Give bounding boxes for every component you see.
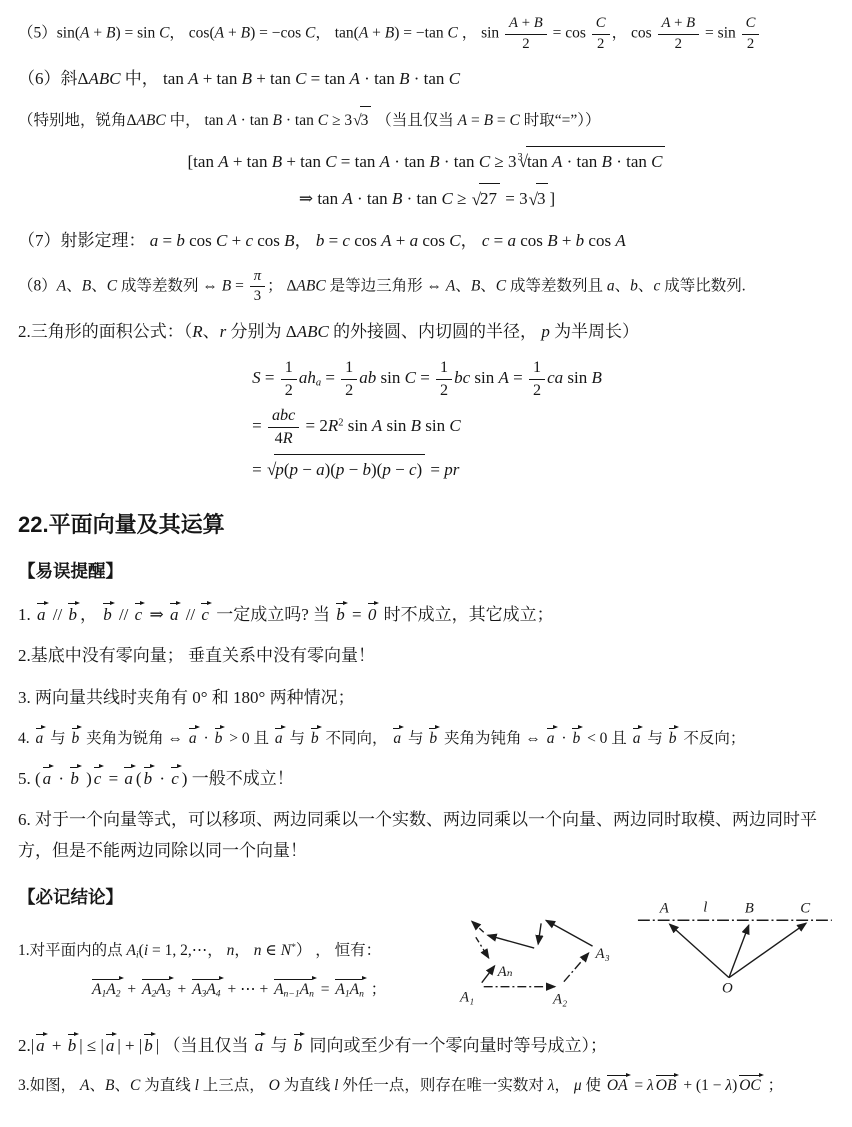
warning-3: 3. 两向量共线时夹角有 0° 和 180° 两种情况； [18,683,836,714]
collinear-label-O: O [722,980,733,996]
warning-5: 5. (a · b )c = a(b · c) 一般不成立！ [18,764,836,795]
vector-polygon-figure: A₁ A₂ A₃ Aₙ [458,892,628,1020]
area-formula-s2: = abc4R = 2R2 sin A sin B sin C [252,406,602,448]
warning-4: 4. a 与 b 夹角为锐角 ⇔ a · b > 0 且 a 与 b 不同向， … [18,725,836,753]
conclusions-row: 1.对平面内的点 Ai(i = 1, 2,⋯， n， n ∈ N*） ， 恒有：… [18,926,836,1020]
warning-2: 2.基底中没有零向量； 垂直关系中没有零向量！ [18,641,836,672]
area-formula-s1: S = 12aha = 12ab sin C = 12bc sin A = 12… [252,358,602,400]
document-body: （5）sin(A + B) = sin C， cos(A + B) = −cos… [18,15,836,914]
conclusion-2: 2.|a + b| ≤ |a| + |b| （当且仅当 a 与 b 同向或至少有… [18,1031,836,1062]
polygon-label-an: Aₙ [497,964,513,980]
conclusion-1: 1.对平面内的点 Ai(i = 1, 2,⋯， n， n ∈ N*） ， 恒有： [18,937,458,965]
collinear-label-C: C [800,900,811,916]
area-formula-block: S = 12aha = 12ab sin C = 12bc sin A = 12… [252,358,602,485]
trig-item-6-note: （特别地，锐角ΔABC 中， tan A · tan B · tan C ≥ 3… [18,106,836,135]
conclusion-1-column: 1.对平面内的点 Ai(i = 1, 2,⋯， n， n ∈ N*） ， 恒有：… [18,926,458,1015]
collinear-label-B: B [745,900,754,916]
trig-item-5: （5）sin(A + B) = sin C， cos(A + B) = −cos… [18,15,836,53]
warning-6: 6. 对于一个向量等式，可以移项、两边同乘以一个实数、两边同乘以一个向量、两边同… [18,805,836,866]
polygon-label-a3: A₃ [595,946,610,962]
subhead-warnings: 【易误提醒】 [18,556,836,588]
document-page: （5）sin(A + B) = sin C， cos(A + B) = −cos… [0,0,852,1100]
area-formula-s3: = √p(p − a)(p − b)(p − c) = pr [252,454,602,486]
collinear-label-A: A [659,900,670,916]
trig-item-6: （6）斜ΔABC 中， tan A + tan B + tan C = tan … [18,64,836,95]
polygon-label-a2: A₂ [552,991,567,1007]
trig-bracket-line-2: ⇒ tan A · tan B · tan C ≥ √27 = 3√3] [18,183,836,215]
conclusion-3: 3.如图， A、B、C 为直线 l 上三点， O 为直线 l 外任一点，则存在唯… [18,1072,836,1100]
document-tail: 2.|a + b| ≤ |a| + |b| （当且仅当 a 与 b 同向或至少有… [18,1031,836,1100]
warning-1: 1. a // b， b // c ⇒ a // c 一定成立吗? 当 b = … [18,600,836,631]
figures-column: A₁ A₂ A₃ Aₙ A l B [458,892,836,1020]
conclusion-1-formula: A1A2 + A2A3 + A3A4 + ⋯ + An−1An = A1An ； [90,976,458,1004]
trig-bracket-line-1: [tan A + tan B + tan C = tan A · tan B ·… [18,146,836,178]
collinear-points-figure: A l B C O [632,892,836,996]
trig-item-7: （7）射影定理： a = b cos C + c cos B， b = c co… [18,226,836,257]
section-heading: 22.平面向量及其运算 [18,510,836,541]
collinear-label-l: l [703,899,707,915]
polygon-label-a1: A₁ [459,989,474,1005]
trig-item-8: （8）A、B、C 成等差数列 ⇔ B = π3； ΔABC 是等边三角形 ⇔ A… [18,268,836,306]
area-formula-intro: 2.三角形的面积公式：（R、r 分别为 ΔABC 的外接圆、内切圆的半径， p … [18,317,836,348]
